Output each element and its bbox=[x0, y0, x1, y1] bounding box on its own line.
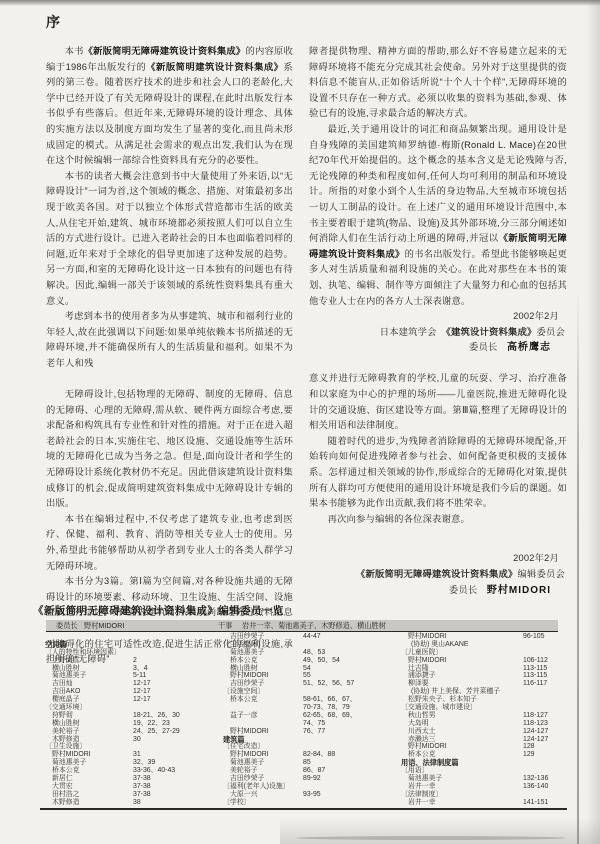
committee-row: 吉田纱荣子44-47 bbox=[223, 633, 399, 641]
member-pages: 58-61、66、67、 bbox=[303, 696, 357, 704]
committee-row: 70-73、78、79 bbox=[223, 704, 399, 712]
signature-block: 2002年2月《新版简明无障碍建筑设计资料集成》编辑委员会委员长 野村MIDOR… bbox=[309, 551, 567, 598]
member-pages: 32、39 bbox=[133, 759, 155, 767]
committee-row: 用语、法律制度篇 bbox=[401, 759, 577, 767]
member-pages: 76、77 bbox=[303, 728, 325, 736]
table-bottom-rule bbox=[40, 808, 567, 810]
member-name: 野村MIDORI bbox=[401, 743, 447, 750]
committee-column-3: 野村MIDORI96-105(协助) 奥山AKANE〔儿童医院〕野村MIDORI… bbox=[401, 633, 577, 807]
member-name: 川西太士 bbox=[401, 728, 436, 735]
preface-paragraph: 无障碍设计,包括物理的无障碍、制度的无障碍、信息的无障碍、心理的无障碍,需从软、… bbox=[46, 387, 293, 512]
member-name: 浦添捷子 bbox=[401, 672, 436, 679]
member-name: 吉田灿 bbox=[45, 680, 73, 687]
preface-paragraph: 随着时代的进步,为残障者消除障碍的无障碍环境配备,开始转向如何促进残障者参与社会… bbox=[309, 434, 567, 512]
member-pages: 12-17 bbox=[133, 696, 151, 704]
member-name: 菊池惠美子 bbox=[223, 649, 264, 656]
signature-name: 野村MIDORI bbox=[487, 585, 551, 596]
member-name: 狩野彻 bbox=[45, 712, 73, 719]
scan-edge-top bbox=[0, 0, 600, 6]
committee-row: 吉田纱荣子89-92 bbox=[223, 775, 399, 783]
member-pages: 82-84、88 bbox=[303, 751, 335, 759]
member-pages: 12-17 bbox=[133, 680, 151, 688]
member-pages: 118-127 bbox=[523, 712, 548, 720]
committee-row: 〔法律制度〕 bbox=[401, 791, 577, 799]
member-pages: 38 bbox=[133, 799, 141, 807]
member-name: 桥本公克 bbox=[223, 657, 258, 664]
committee-row: 〔人的特性和环境因素〕 bbox=[45, 649, 221, 657]
member-pages: 96-105 bbox=[523, 633, 544, 641]
committee-row: 菊池惠美子132-136 bbox=[401, 775, 577, 783]
signature-org: 《新版简明无障碍建筑设计资料集成》编辑委员会 bbox=[309, 567, 567, 583]
member-name: 岩井一幸 bbox=[401, 783, 436, 790]
member-pages: 113-115 bbox=[523, 665, 547, 673]
committee-row: 〔福利(老年人)设施〕 bbox=[223, 783, 399, 791]
member-name: 菊池惠美子 bbox=[45, 672, 86, 679]
member-name: 桥本公克 bbox=[223, 696, 258, 703]
scan-edge-right bbox=[586, 0, 600, 844]
member-pages: 31 bbox=[133, 751, 141, 759]
committee-row: 空间篇 bbox=[45, 641, 221, 649]
member-pages: 62-65、68、69、 bbox=[303, 712, 357, 720]
member-pages: 24、25、27-29 bbox=[133, 728, 180, 736]
committee-row: 大原一兴93-95 bbox=[223, 791, 399, 799]
member-pages: 85 bbox=[303, 759, 311, 767]
committee-row: 岩井一幸141-151 bbox=[401, 799, 577, 807]
member-pages: 106-112 bbox=[523, 657, 548, 665]
committee-row: 吉田AKO12-17 bbox=[45, 688, 221, 696]
member-pages: 55 bbox=[303, 672, 311, 680]
committee-row: 美轮裕子24、25、27-29 bbox=[45, 728, 221, 736]
member-name: 新居仁 bbox=[45, 775, 73, 782]
committee-row: 〔设施空间〕 bbox=[223, 688, 399, 696]
committee-row: (协助) 井上美保、芳井菜穗子 bbox=[401, 688, 577, 696]
member-name: 野村MIDORI bbox=[45, 751, 91, 758]
member-pages: 3、4 bbox=[133, 665, 148, 673]
member-name: 野村MIDORI bbox=[223, 728, 269, 735]
committee-row: 野村MIDORI106-112 bbox=[401, 657, 577, 665]
member-name: 上野义雪 bbox=[45, 657, 80, 664]
member-pages: 124-127 bbox=[523, 728, 548, 736]
member-pages: 12-17 bbox=[133, 688, 151, 696]
member-pages: 124-127 bbox=[523, 736, 548, 744]
member-name: 美轮裕子 bbox=[45, 728, 80, 735]
member-pages: 49、50、54 bbox=[303, 657, 340, 665]
scan-bottom-smudge bbox=[296, 836, 566, 840]
committee-row: 大岛明118-123 bbox=[401, 720, 577, 728]
member-name: 赤濑达三 bbox=[401, 736, 436, 743]
committee-row: 川西太士124-127 bbox=[401, 728, 577, 736]
member-name: 秋山哲男 bbox=[401, 712, 436, 719]
member-pages-continued: 74、75 bbox=[303, 720, 325, 728]
committee-row: 菊池惠美子85 bbox=[223, 759, 399, 767]
committee-row: 〔儿童医院〕 bbox=[401, 649, 577, 657]
secretary-label: 干事 bbox=[218, 620, 232, 631]
preface-paragraph: 意义并进行无障碍教育的学校,儿童的玩耍、学习、治疗准备和以家庭为中心的护理的场所… bbox=[309, 371, 567, 433]
signature-date: 2002年2月 bbox=[309, 551, 567, 567]
committee-row: 横山胜树19、22、23 bbox=[45, 720, 221, 728]
committee-row: 菊池惠美子32、39 bbox=[45, 759, 221, 767]
committee-row: 〔用语〕 bbox=[401, 767, 577, 775]
committee-row: 〔生活空间〕 bbox=[223, 641, 399, 649]
committee-row: 松野朱央子、杉本知子 bbox=[401, 696, 577, 704]
member-pages: 54 bbox=[303, 665, 311, 673]
committee-table: 空间篇〔人的特性和环境因素〕上野义雪2横山胜树3、4菊池惠美子5-11吉田灿12… bbox=[40, 633, 567, 809]
secretary-names: 岩井一幸、菊池惠美子、木野修造、横山胜树 bbox=[242, 620, 386, 631]
member-pages: 132-136 bbox=[523, 775, 548, 783]
member-pages: 5-11 bbox=[133, 672, 146, 680]
member-name: 木野修造 bbox=[45, 799, 80, 806]
committee-row: 〔交通设施、城市建设〕 bbox=[401, 704, 577, 712]
member-name: 菊池惠美子 bbox=[45, 759, 86, 766]
member-pages: 44-47 bbox=[303, 633, 321, 641]
member-pages-continued: 70-73、78、79 bbox=[303, 704, 350, 712]
committee-row: 上野义雪2 bbox=[45, 657, 221, 665]
member-name: 大贯宏 bbox=[45, 783, 73, 790]
member-pages: 128 bbox=[523, 743, 535, 751]
member-name: 美轮裕子 bbox=[223, 767, 258, 774]
scan-shadow-line bbox=[577, 290, 579, 844]
member-pages: 51、52、56、57 bbox=[303, 680, 354, 688]
committee-list-title: 《新版简明无障碍建筑设计资料集成》编辑委员一览 bbox=[33, 603, 284, 618]
member-pages: 2 bbox=[133, 657, 137, 665]
preface-paragraph: 考虑到本书的使用者多为从事建筑、城市和福利行业的年轻人,故在此强调以下问题:如果… bbox=[46, 309, 293, 371]
member-pages: 33-36、40-43 bbox=[133, 767, 175, 775]
signature-role-name: 委员长 高桥鹰志 bbox=[309, 340, 567, 356]
committee-row: 狩野彻18-21、26、30 bbox=[45, 712, 221, 720]
committee-header-bar: 委员长 野村MIDORI 干事 岩井一幸、菊池惠美子、木野修造、横山胜树 bbox=[46, 620, 558, 632]
committee-row: 岩井一幸136-140 bbox=[401, 783, 577, 791]
preface-paragraph: 本书在编辑过程中,不仅考虑了建筑专业,也考虑到医疗、保健、福利、教育、消防等相关… bbox=[46, 512, 293, 574]
member-pages: 86、87 bbox=[303, 767, 325, 775]
member-name: 田村浩之 bbox=[45, 791, 80, 798]
committee-row: 菊池惠美子48、53 bbox=[223, 649, 399, 657]
member-name: 吉田纱荣子 bbox=[223, 633, 264, 640]
signature-block: 2002年2月日本建筑学会 《建筑设计资料集成》委员会委员长 高桥鹰志 bbox=[309, 309, 567, 356]
member-pages: 37-38 bbox=[133, 783, 151, 791]
member-name: 吉田纱荣子 bbox=[223, 775, 264, 782]
member-name: 野村MIDORI bbox=[223, 751, 269, 758]
preface-column-right: 障者提供物理、精神方面的帮助,那么好不容易建立起来的无障碍环境将不能充分完成其社… bbox=[309, 44, 567, 598]
member-name: 大岛明 bbox=[401, 720, 429, 727]
member-name: 樱庭晶子 bbox=[45, 696, 80, 703]
committee-row bbox=[45, 633, 221, 641]
member-name: 辻吉隆 bbox=[401, 665, 429, 672]
member-pages: 116-117 bbox=[523, 680, 547, 688]
member-name: 大原一兴 bbox=[223, 791, 258, 798]
member-pages: 118-123 bbox=[523, 720, 548, 728]
committee-row: 桥本公克58-61、66、67、 bbox=[223, 696, 399, 704]
member-name: 吉田纱荣子 bbox=[223, 680, 264, 687]
member-pages: 136-140 bbox=[523, 783, 548, 791]
member-pages: 19、22、23 bbox=[133, 720, 170, 728]
preface-column-left: 本书《新版简明无障碍建筑设计资料集成》的内容原收编于1986年出版发行的《新版简… bbox=[46, 44, 293, 668]
signature-date: 2002年2月 bbox=[309, 309, 567, 325]
member-pages: 30 bbox=[133, 736, 141, 744]
member-pages: 93-95 bbox=[303, 791, 321, 799]
member-pages: 37-38 bbox=[133, 791, 151, 799]
chair-name: 野村MIDORI bbox=[84, 620, 124, 631]
signature-org: 日本建筑学会 《建筑设计资料集成》委员会 bbox=[309, 325, 567, 341]
committee-row: 桥本公克49、50、54 bbox=[223, 657, 399, 665]
preface-paragraph: 障者提供物理、精神方面的帮助,那么好不容易建立起来的无障碍环境将不能充分完成其社… bbox=[309, 44, 567, 122]
member-name: 岩井一幸 bbox=[401, 799, 436, 806]
scanned-book-page: { "page": { "title": "序" }, "preface": {… bbox=[0, 0, 600, 844]
committee-row: 樱庭晶子12-17 bbox=[45, 696, 221, 704]
signature-role-name: 委员长 野村MIDORI bbox=[309, 583, 567, 599]
member-name: 野村MIDORI bbox=[401, 633, 447, 640]
member-name: 野村MIDORI bbox=[401, 657, 447, 664]
member-pages: 129 bbox=[523, 751, 535, 759]
member-name: 野村MIDORI bbox=[223, 672, 269, 679]
member-name: 横山胜树 bbox=[45, 720, 80, 727]
committee-row: 74、75 bbox=[223, 720, 399, 728]
member-pages: 89-92 bbox=[303, 775, 321, 783]
signature-name: 高桥鹰志 bbox=[507, 342, 551, 353]
member-name: 益子一彦 bbox=[223, 712, 258, 719]
committee-row: 野村MIDORI96-105 bbox=[401, 633, 577, 641]
member-name: 桥本公克 bbox=[45, 767, 80, 774]
committee-row: 大贯宏37-38 bbox=[45, 783, 221, 791]
preface-paragraph: 再次向参与编辑的各位深表谢意。 bbox=[309, 512, 567, 528]
committee-row: 木野修造38 bbox=[45, 799, 221, 807]
chair-label: 委员长 bbox=[56, 620, 78, 631]
member-name: 横山胜树 bbox=[45, 665, 80, 672]
member-name: 木野修造 bbox=[45, 736, 80, 743]
member-pages: 113-115 bbox=[523, 672, 547, 680]
committee-row: 美轮裕子86、87 bbox=[223, 767, 399, 775]
member-pages: 48、53 bbox=[303, 649, 325, 657]
member-name: 横山胜树 bbox=[223, 665, 258, 672]
committee-row: 野村MIDORI76、77 bbox=[223, 728, 399, 736]
member-pages: 37-38 bbox=[133, 775, 151, 783]
member-name: 柳泽要 bbox=[401, 680, 429, 687]
committee-row: 新居仁37-38 bbox=[45, 775, 221, 783]
committee-row: 〔交通环境〕 bbox=[45, 704, 221, 712]
member-pages: 141-151 bbox=[523, 799, 548, 807]
committee-column-1: 空间篇〔人的特性和环境因素〕上野义雪2横山胜树3、4菊池惠美子5-11吉田灿12… bbox=[45, 633, 221, 807]
preface-paragraph: 本书《新版简明无障碍建筑设计资料集成》的内容原收编于1986年出版发行的《新版简… bbox=[46, 44, 293, 169]
committee-row: 秋山哲男118-127 bbox=[401, 712, 577, 720]
member-name: 菊池惠美子 bbox=[223, 759, 264, 766]
committee-row: (协助) 奥山AKANE bbox=[401, 641, 577, 649]
preface-paragraph: 本书的读者大概会注意到书中大量使用了外来语,以“无障碍设计”一词为首,这个领域的… bbox=[46, 169, 293, 309]
committee-row: 〔学校〕 bbox=[223, 799, 399, 807]
committee-row: 桥本公克33-36、40-43 bbox=[45, 767, 221, 775]
committee-row: 田村浩之37-38 bbox=[45, 791, 221, 799]
preface-paragraph: 最近,关于通用设计的词汇和商品频繁出现。通用设计是自身残障的美国建筑师罗纳德·梅… bbox=[309, 122, 567, 309]
committee-row: 益子一彦62-65、68、69、 bbox=[223, 712, 399, 720]
member-name: 菊池惠美子 bbox=[401, 775, 442, 782]
member-pages: 18-21、26、30 bbox=[133, 712, 180, 720]
member-name: 吉田AKO bbox=[45, 688, 80, 695]
scan-corner-shade bbox=[280, 818, 600, 844]
committee-column-2: 吉田纱荣子44-47〔生活空间〕菊池惠美子48、53桥本公克49、50、54横山… bbox=[223, 633, 399, 807]
page-title: 序 bbox=[46, 12, 62, 32]
